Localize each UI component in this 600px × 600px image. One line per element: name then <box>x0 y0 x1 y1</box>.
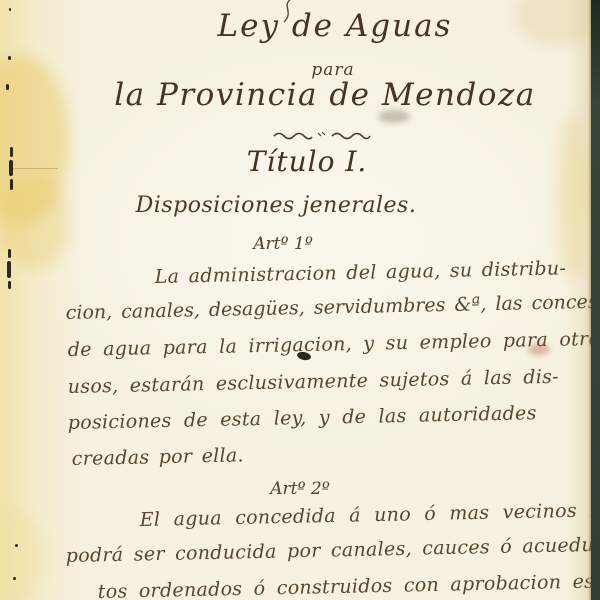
stitch-mark <box>8 281 11 289</box>
divider-flourish <box>272 129 372 141</box>
stitch-mark <box>15 544 18 547</box>
article-1-line: cion, canales, desagües, servidumbres &ª… <box>66 290 592 324</box>
aging-stain <box>0 510 45 600</box>
article-2-label: Artº 2º <box>270 479 329 499</box>
stitch-thread <box>13 168 58 169</box>
scanned-page: Ley de Aguas para la Provincia de Mendoz… <box>0 0 600 600</box>
stitch-mark <box>10 147 13 157</box>
section-title: Título I. <box>247 145 368 178</box>
aging-stain <box>556 115 588 280</box>
stitch-mark <box>7 261 11 278</box>
stitch-mark <box>8 249 11 258</box>
article-1-label: Artº 1º <box>253 234 312 254</box>
aging-stain <box>515 0 592 45</box>
aging-stain <box>0 55 70 225</box>
stitch-mark <box>9 8 11 11</box>
paper-sheet: Ley de Aguas para la Provincia de Mendoz… <box>0 0 592 600</box>
article-2-line: podrá ser conducida por canales, cauces … <box>66 534 592 567</box>
article-1-line: posiciones de esta ley, y de las autorid… <box>68 402 537 434</box>
stitch-mark <box>6 84 9 90</box>
article-1-line: usos, estarán esclusivamente sujetos á l… <box>68 366 560 398</box>
article-1-line: La administracion del agua, su distribu- <box>155 257 567 288</box>
document-subtitle: la Provincia de Mendoza <box>114 77 536 113</box>
article-1-line: creadas por ella. <box>72 444 245 470</box>
article-2-line: tos ordenados ó construidos con aprobaci… <box>98 570 592 600</box>
book-binding-edge <box>591 0 600 600</box>
document-title: Ley de Aguas <box>218 8 453 44</box>
section-subtitle: Disposiciones jenerales. <box>136 193 417 218</box>
stitch-mark <box>13 577 16 580</box>
stitch-mark <box>10 179 13 190</box>
article-2-line: El agua concedida á uno ó mas vecinos so… <box>140 499 592 531</box>
article-1-line: de agua para la irrigacion, y su empleo … <box>68 328 592 361</box>
stitch-mark <box>8 56 11 60</box>
